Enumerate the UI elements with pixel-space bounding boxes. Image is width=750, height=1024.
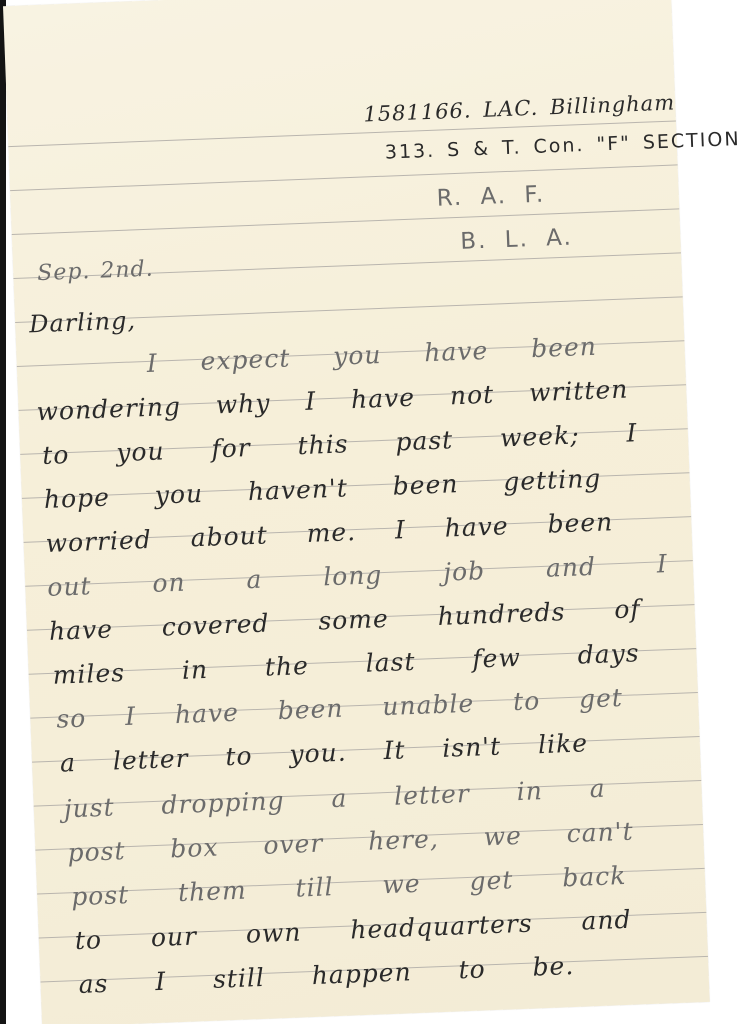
- body-line: hope you haven't been getting: [43, 464, 601, 514]
- rule-line: [10, 164, 678, 191]
- body-line: as I still happen to be.: [78, 951, 575, 999]
- body-line: miles in the last few days: [52, 638, 640, 690]
- letter-paper: 1581166. LAC. Billingham 313. S & T. Con…: [3, 0, 710, 1024]
- body-line: worried about me. I have been: [45, 507, 614, 558]
- letter-salutation: Darling,: [29, 306, 137, 338]
- letter-date: Sep. 2nd.: [37, 257, 154, 286]
- body-line: out on a long job and I: [47, 549, 668, 602]
- body-line: just dropping a letter in a: [63, 774, 606, 824]
- rule-line: [12, 208, 680, 235]
- body-line: so I have been unable to get: [56, 683, 624, 734]
- body-line: to our own headquarters and: [74, 905, 632, 955]
- sender-location: B. L. A.: [460, 225, 573, 255]
- sender-service: R. A. F.: [436, 182, 546, 212]
- body-line: a letter to you. It isn't like: [60, 728, 589, 777]
- sender-service-number: 1581166. LAC. Billingham: [363, 90, 676, 126]
- body-line: post them till we get back: [71, 861, 627, 911]
- sender-unit: 313. S & T. Con. "F" SECTION: [384, 128, 740, 164]
- body-line: have covered some hundreds of: [48, 594, 641, 646]
- body-line: to you for this past week; I: [42, 418, 638, 470]
- scan-edge: [0, 0, 6, 1024]
- body-line: post box over here, we can't: [67, 817, 634, 868]
- body-line: wondering why I have not written: [36, 375, 629, 427]
- body-line: I expect you have been: [146, 332, 597, 378]
